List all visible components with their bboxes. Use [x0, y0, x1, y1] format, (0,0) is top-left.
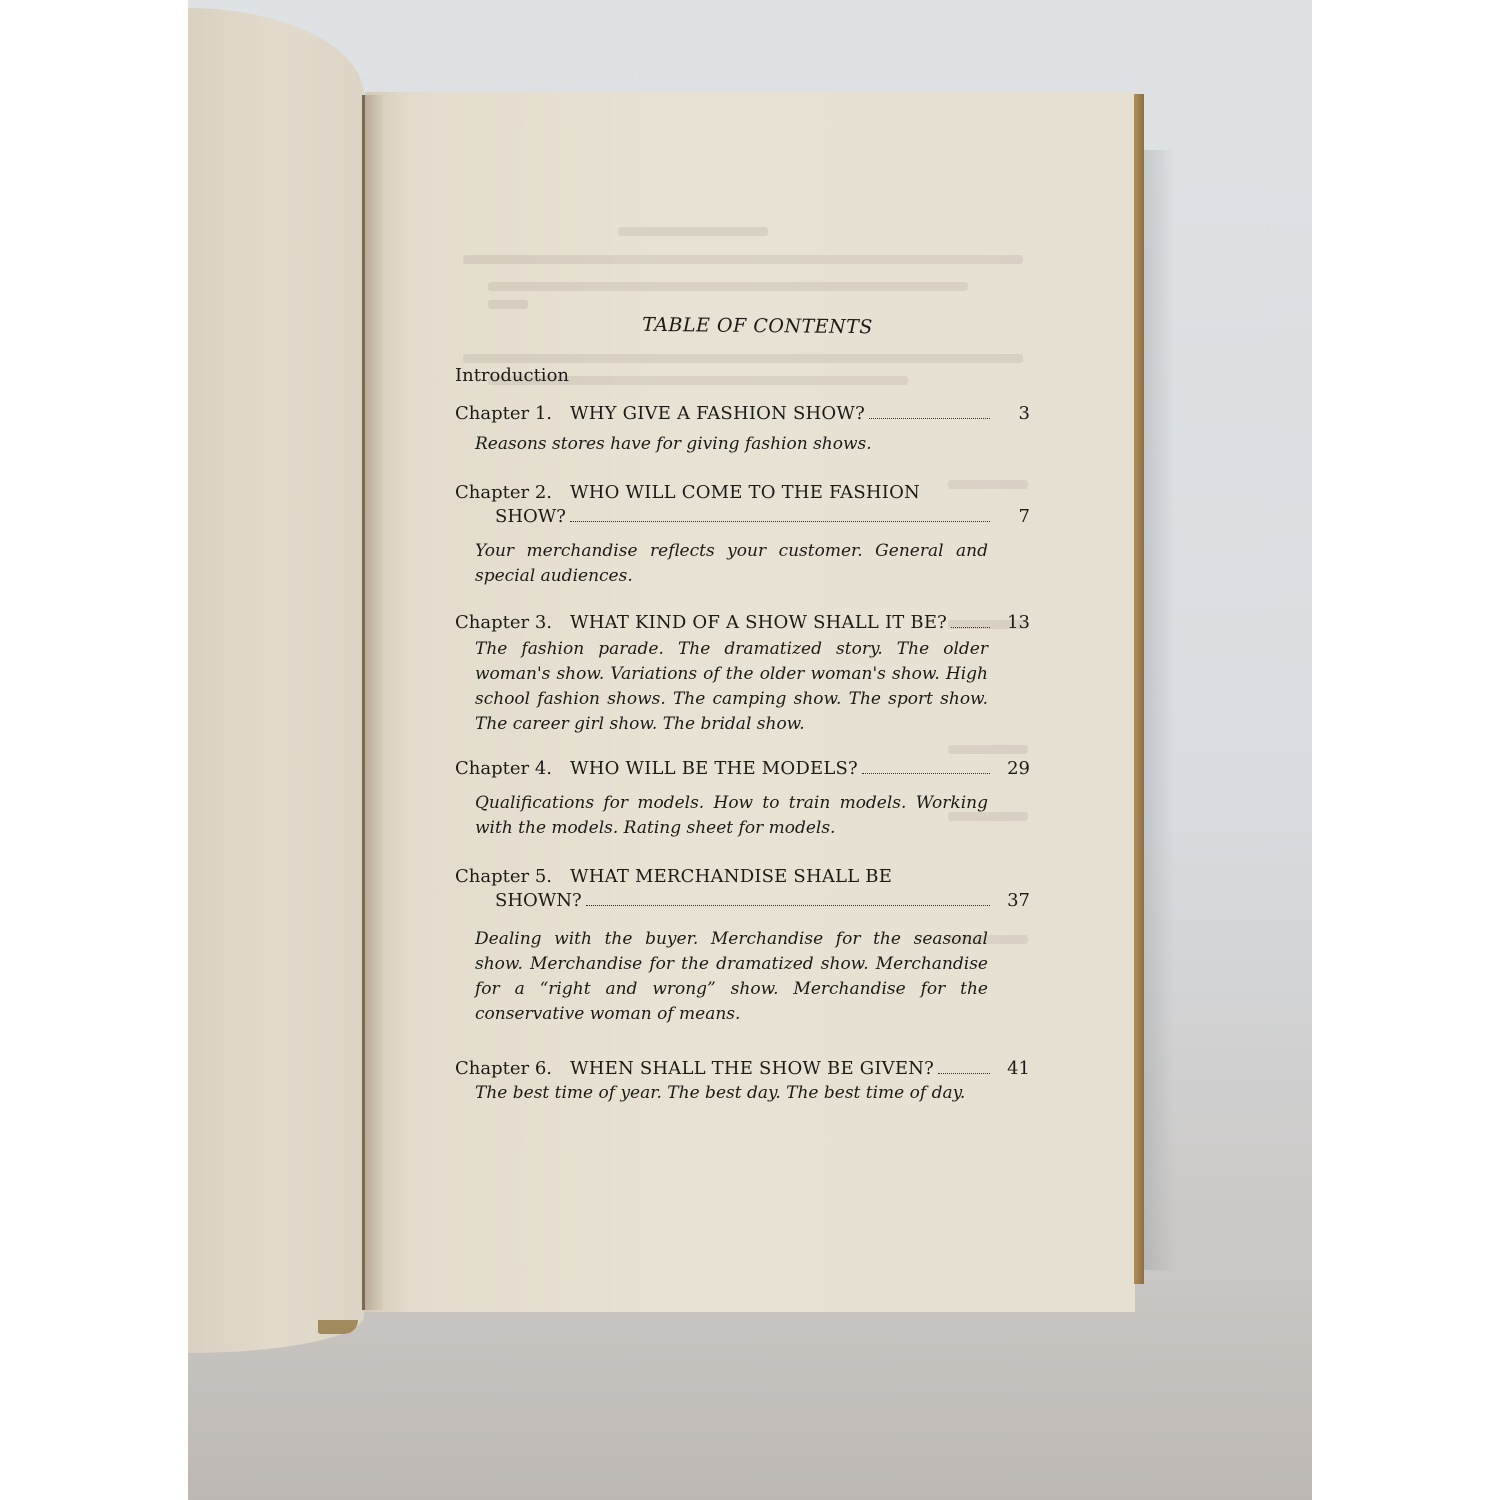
chapter-description: The fashion parade. The dramatized story… [455, 637, 1030, 737]
dot-leader [586, 905, 990, 906]
chapter-description: Reasons stores have for giving fashion s… [455, 432, 1030, 457]
show-through-line [488, 300, 528, 309]
page-number: 37 [1000, 889, 1030, 913]
toc-entry: Chapter 1. WHY GIVE A FASHION SHOW? 3 Re… [455, 402, 1030, 457]
chapter-title: WHY GIVE A FASHION SHOW? [570, 402, 865, 426]
dot-leader [951, 627, 990, 628]
toc-entry: Chapter 5. WHAT MERCHANDISE SHALL BE SHO… [455, 865, 1030, 1027]
chapter-title: WHEN SHALL THE SHOW BE GIVEN? [570, 1057, 934, 1081]
page-number: 3 [1000, 402, 1030, 426]
toc-entry: Chapter 4. WHO WILL BE THE MODELS? 29 Qu… [455, 757, 1030, 841]
page-number: 29 [1000, 757, 1030, 781]
chapter-description: Qualifications for models. How to train … [455, 791, 1030, 841]
book-gutter [362, 95, 365, 1310]
chapter-title: WHO WILL BE THE MODELS? [570, 757, 858, 781]
left-cover-corner [318, 1320, 358, 1334]
show-through-line [618, 227, 768, 236]
show-through-line [488, 282, 968, 291]
chapter-label: Chapter 4. [455, 757, 552, 781]
left-page [188, 8, 364, 1353]
chapter-label: Chapter 2. [455, 481, 552, 505]
cover-shadow [1144, 150, 1174, 1270]
cover-edge [1134, 94, 1144, 1284]
dot-leader [869, 418, 990, 419]
chapter-title-continued: SHOWN? [495, 889, 582, 913]
toc-introduction: Introduction [455, 365, 1030, 386]
chapter-title-continued: SHOW? [495, 505, 566, 529]
gutter-shadow [365, 95, 383, 1310]
chapter-title: WHAT KIND OF A SHOW SHALL IT BE? [570, 611, 947, 635]
toc-title: TABLE OF CONTENTS [485, 312, 1030, 340]
chapter-label: Chapter 5. [455, 865, 552, 889]
table-of-contents: TABLE OF CONTENTS Introduction Chapter 1… [455, 315, 1030, 1106]
toc-entry: Chapter 6. WHEN SHALL THE SHOW BE GIVEN?… [455, 1057, 1030, 1106]
toc-entry: Chapter 3. WHAT KIND OF A SHOW SHALL IT … [455, 611, 1030, 737]
chapter-description: The best time of year. The best day. The… [455, 1081, 1030, 1106]
dot-leader [570, 521, 990, 522]
dot-leader [862, 773, 990, 774]
chapter-label: Chapter 3. [455, 611, 552, 635]
chapter-description: Dealing with the buyer. Merchandise for … [455, 927, 1030, 1027]
dot-leader [938, 1073, 990, 1074]
chapter-label: Chapter 1. [455, 402, 552, 426]
page-number: 41 [1000, 1057, 1030, 1081]
show-through-line [463, 255, 1023, 264]
toc-entry: Chapter 2. WHO WILL COME TO THE FASHION … [455, 481, 1030, 589]
chapter-label: Chapter 6. [455, 1057, 552, 1081]
chapter-title: WHAT MERCHANDISE SHALL BE [570, 865, 1030, 889]
chapter-description: Your merchandise reflects your customer.… [455, 539, 1030, 589]
page-number: 13 [1000, 611, 1030, 635]
page-number: 7 [1000, 505, 1030, 529]
chapter-title: WHO WILL COME TO THE FASHION [570, 481, 1030, 505]
